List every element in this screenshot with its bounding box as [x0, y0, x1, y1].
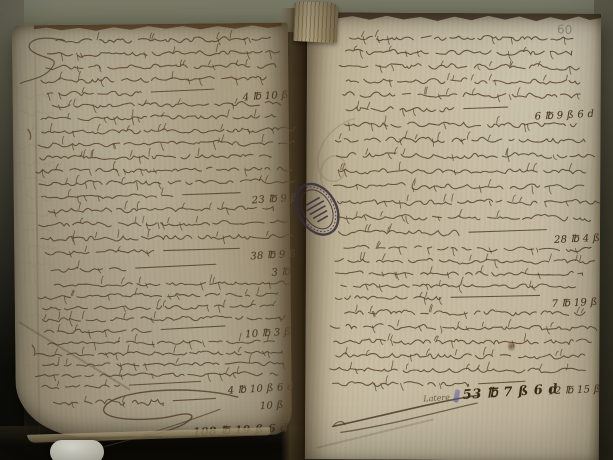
right-page: 60 6 ℔ 9 ß 6 d 28 ℔ 4 ß 7 ℔ 19 ß 12 ℔ 15…: [305, 12, 601, 460]
ledger-entry: 12 ℔ 15 ß: [329, 303, 601, 390]
total-label: Latere: [423, 394, 450, 404]
total-label: Latere: [162, 430, 189, 439]
ink-spot: [507, 341, 515, 351]
page-weight: [50, 440, 104, 460]
ledger-entry: 3 ℔: [42, 258, 290, 277]
ledger-entry: 6 ℔ 9 ß 6 d: [339, 28, 595, 115]
ledger-entry: 28 ℔ 4 ß: [332, 114, 601, 239]
ledger-entry: 23 ℔ 9 ß: [35, 95, 298, 202]
left-page: 4 ℔ 10 ß 23 ℔ 9 ß 38 ℔ 9 ß 3 ℔ 10 ℔ 3 ß …: [12, 23, 292, 438]
ledger-entry: 10 ℔ 3 ß: [36, 276, 291, 337]
ledger-entry: 7 ℔ 19 ß: [334, 240, 598, 303]
manuscript-photo: 4 ℔ 10 ß 23 ℔ 9 ß 38 ℔ 9 ß 3 ℔ 10 ℔ 3 ß …: [0, 0, 613, 460]
ledger-entry: 4 ℔ 10 ß 6 d: [35, 335, 294, 392]
ledger-entry: 4 ℔ 10 ß: [40, 31, 289, 100]
page-edges-stack: [293, 1, 339, 43]
pencil-mark: [453, 389, 460, 403]
ledger-entry: 38 ℔ 9 ß: [38, 199, 297, 258]
